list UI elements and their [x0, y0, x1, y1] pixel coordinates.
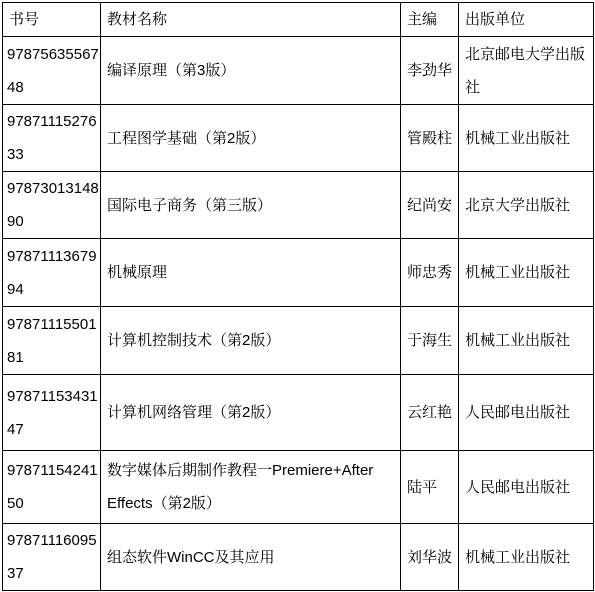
cell-isbn: 9787563556748	[3, 37, 101, 105]
cell-isbn: 9787111609537	[3, 524, 101, 591]
table-row: 9787111367994 机械原理 师忠秀 机械工业出版社	[3, 239, 594, 307]
table-row: 9787111550181 计算机控制技术（第2版） 于海生 机械工业出版社	[3, 307, 594, 375]
textbook-table: 书号 教材名称 主编 出版单位 9787563556748 编译原理（第3版） …	[2, 2, 594, 591]
cell-isbn: 9787115424150	[3, 451, 101, 524]
cell-publisher: 人民邮电出版社	[459, 375, 594, 451]
cell-title: 数字媒体后期制作教程一Premiere+After Effects（第2版）	[101, 451, 401, 524]
cell-editor: 刘华波	[401, 524, 459, 591]
table-row: 9787115343147 计算机网络管理（第2版） 云红艳 人民邮电出版社	[3, 375, 594, 451]
cell-editor: 于海生	[401, 307, 459, 375]
cell-publisher: 机械工业出版社	[459, 239, 594, 307]
cell-editor: 云红艳	[401, 375, 459, 451]
column-header-publisher: 出版单位	[459, 3, 594, 37]
table-row: 9787111527633 工程图学基础（第2版） 管殿柱 机械工业出版社	[3, 105, 594, 172]
table-row: 9787111609537 组态软件WinCC及其应用 刘华波 机械工业出版社	[3, 524, 594, 591]
cell-editor: 管殿柱	[401, 105, 459, 172]
cell-isbn: 9787115343147	[3, 375, 101, 451]
cell-isbn: 9787111550181	[3, 307, 101, 375]
cell-publisher: 人民邮电出版社	[459, 451, 594, 524]
cell-publisher: 机械工业出版社	[459, 524, 594, 591]
cell-isbn: 9787111367994	[3, 239, 101, 307]
table-body: 9787563556748 编译原理（第3版） 李劲华 北京邮电大学出版社 97…	[3, 37, 594, 591]
table-row: 9787563556748 编译原理（第3版） 李劲华 北京邮电大学出版社	[3, 37, 594, 105]
cell-editor: 李劲华	[401, 37, 459, 105]
table-row: 9787115424150 数字媒体后期制作教程一Premiere+After …	[3, 451, 594, 524]
table-row: 9787301314890 国际电子商务（第三版） 纪尚安 北京大学出版社	[3, 172, 594, 239]
cell-publisher: 机械工业出版社	[459, 307, 594, 375]
cell-title: 计算机控制技术（第2版）	[101, 307, 401, 375]
cell-editor: 师忠秀	[401, 239, 459, 307]
cell-publisher: 机械工业出版社	[459, 105, 594, 172]
table-header: 书号 教材名称 主编 出版单位	[3, 3, 594, 37]
column-header-editor: 主编	[401, 3, 459, 37]
cell-title: 工程图学基础（第2版）	[101, 105, 401, 172]
cell-title: 国际电子商务（第三版）	[101, 172, 401, 239]
cell-title: 机械原理	[101, 239, 401, 307]
header-row: 书号 教材名称 主编 出版单位	[3, 3, 594, 37]
cell-isbn: 9787111527633	[3, 105, 101, 172]
cell-title: 计算机网络管理（第2版）	[101, 375, 401, 451]
cell-editor: 陆平	[401, 451, 459, 524]
cell-publisher: 北京邮电大学出版社	[459, 37, 594, 105]
column-header-title: 教材名称	[101, 3, 401, 37]
cell-isbn: 9787301314890	[3, 172, 101, 239]
cell-title: 编译原理（第3版）	[101, 37, 401, 105]
cell-title: 组态软件WinCC及其应用	[101, 524, 401, 591]
cell-publisher: 北京大学出版社	[459, 172, 594, 239]
column-header-isbn: 书号	[3, 3, 101, 37]
cell-editor: 纪尚安	[401, 172, 459, 239]
